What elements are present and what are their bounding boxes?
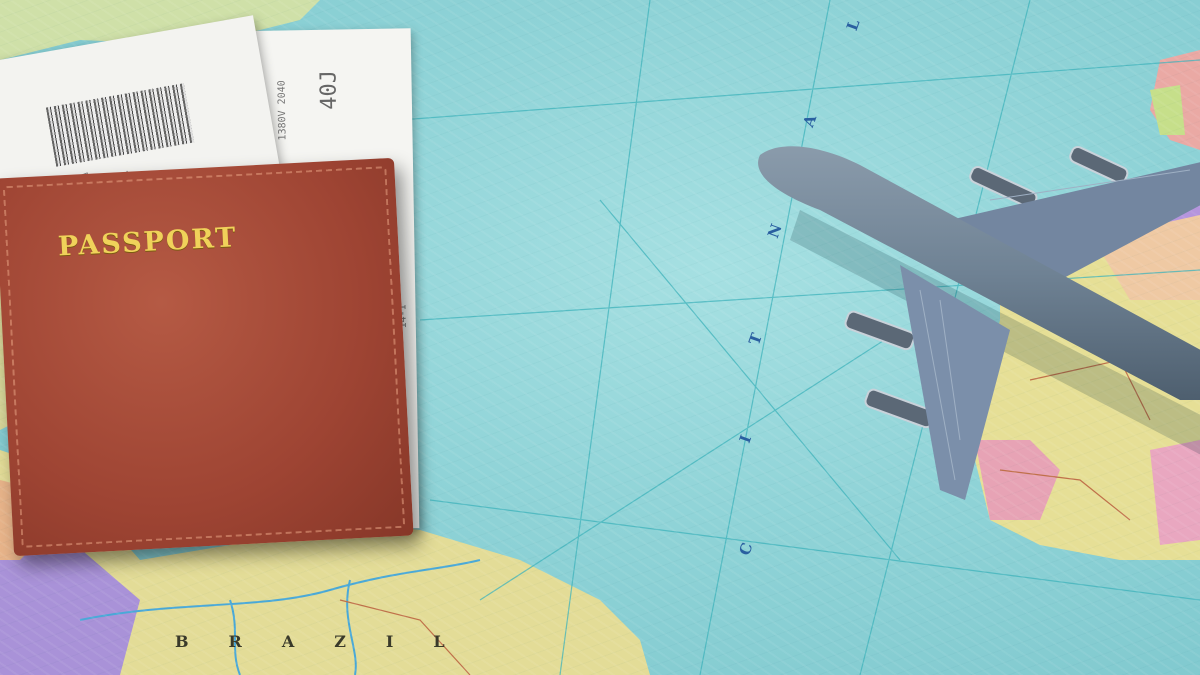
country-label-brazil: BRAZIL bbox=[175, 632, 485, 651]
passport: PASSPORT bbox=[0, 158, 414, 556]
airplane-icon bbox=[750, 140, 1200, 520]
seat-number: 40J bbox=[316, 70, 342, 110]
travel-photo: L A N T I C BRAZIL 40J D 1380V 2040 ETKT… bbox=[0, 0, 1200, 675]
barcode bbox=[46, 83, 194, 166]
flight-info: 1380V 2040 bbox=[277, 80, 289, 140]
